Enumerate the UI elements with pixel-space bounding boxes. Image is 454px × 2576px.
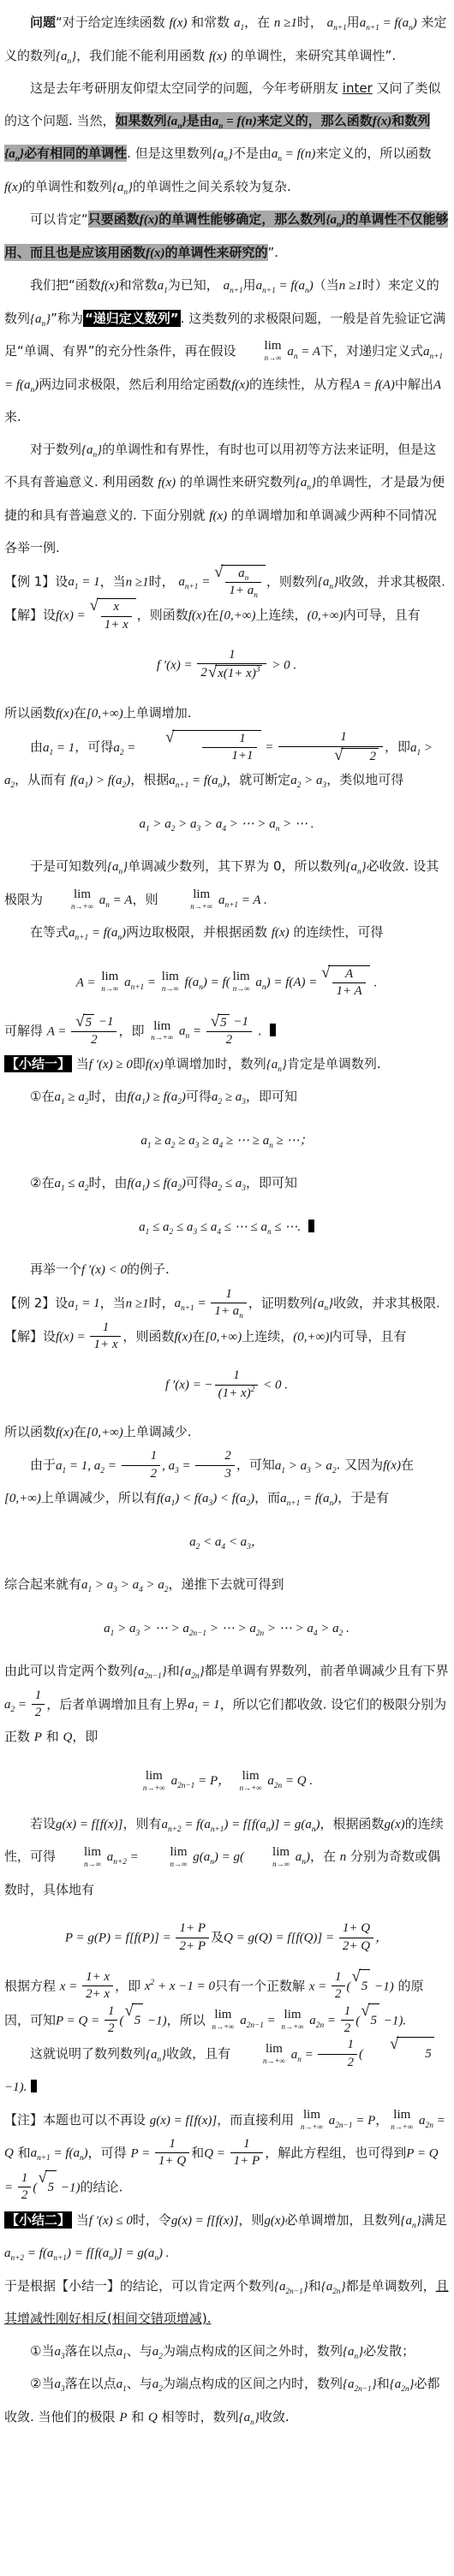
text-run: 必发散； (363, 2343, 415, 2359)
math-run: an = f(n) (212, 115, 257, 128)
text-run: “递归定义数列” (85, 311, 179, 326)
math-run: 1 (103, 1321, 110, 1334)
paragraph: 在等式an+1 = f(an)两边取极限，并根据函数 f(x) 的连续性，可得 (4, 917, 449, 950)
limit-expression: limn→+∞ (212, 2009, 234, 2031)
math-run: (1+ x)2 (218, 1386, 255, 1400)
math-run: f ′(x) = (157, 658, 195, 672)
math-run: x(1+ x)3 (218, 667, 260, 680)
limit-subscript: n→+∞ (391, 2123, 413, 2131)
sqrt-expression: √2 (308, 748, 379, 764)
math-run: a3 (54, 2377, 64, 2391)
text-run: 可解得 (4, 1023, 47, 1038)
paragraph: 这就说明了数列数列{an}收敛，且有 limn→+∞ an = 12(√5 −1… (4, 2037, 449, 2104)
text-run: ，可知 (236, 1457, 275, 1473)
limit-expression: limn→+∞ (282, 2009, 304, 2031)
math-run: a1 ≥ a2 (54, 1090, 88, 1104)
text-run: inter (343, 80, 373, 96)
display-formula: P = g(P) = f[f(P)] = 1+ P2+ P及Q = g(Q) =… (4, 1918, 449, 1957)
text-run: ，则函数 (137, 608, 188, 623)
math-run: 5 (48, 2181, 55, 2194)
text-run: 当 (72, 1056, 89, 1071)
text-run: 时， (149, 1295, 175, 1310)
text-run: 可得 (186, 1089, 212, 1104)
text-run: 的结论. (81, 2179, 123, 2194)
math-run: a2 = (113, 741, 139, 755)
text-run: 相等时，数列 (158, 2409, 239, 2425)
fraction-denominator: 3 (195, 1465, 235, 1481)
limit-word: lim (144, 1846, 187, 1860)
math-run: 1 (340, 730, 347, 744)
text-run: ①在 (30, 1089, 54, 1104)
math-run: an+1 = (175, 1297, 210, 1310)
fraction-denominator: 2 (122, 1465, 161, 1481)
math-run: a2 < a4 < a3， (189, 1535, 264, 1549)
text-run: . 又因为 (337, 1457, 384, 1473)
paragraph: 所以函数f(x)在[0,+∞)上单调减少. (4, 1416, 449, 1450)
math-run: {an} (112, 181, 133, 194)
limit-subscript: n→+∞ (151, 1034, 173, 1042)
text-run: ”称为 (51, 311, 83, 326)
text-run: 来. (4, 409, 21, 424)
math-run: {an} (401, 2214, 421, 2228)
math-run: . (371, 976, 378, 989)
text-run: ，解此方程组，也可得到 (265, 2145, 406, 2160)
text-run: 由于 (30, 1457, 56, 1473)
math-run: f ′(x) = − (165, 1379, 213, 1392)
math-run: {a2n−1} (274, 2280, 308, 2294)
radical-sign: √ (140, 730, 174, 746)
math-run: A = (47, 1024, 70, 1038)
limit-word: lim (48, 888, 91, 902)
math-run: −1). (380, 2014, 406, 2027)
math-run: f(x) (209, 509, 227, 523)
math-run: {an} (4, 147, 24, 161)
text-run: 来定义的，所以函数 (315, 145, 431, 161)
text-run: 落在以点 (65, 2376, 116, 2391)
math-run: x2 + x −1 = 0 (145, 1979, 215, 1993)
math-run: a3 (54, 2345, 64, 2359)
math-run: {a2n} (321, 2280, 346, 2294)
text-run: 上单调减少，所以有 (41, 1490, 157, 1505)
text-run: 下，对递归定义式 (320, 343, 423, 359)
text-run: 、与 (127, 2376, 152, 2391)
math-run: A (345, 967, 353, 981)
fraction: 12 (105, 2004, 118, 2037)
text-run: ，则数列 (266, 573, 318, 589)
fraction: √5 −12 (206, 1014, 252, 1048)
math-run: ( (355, 2014, 360, 2027)
math-run: a1 = 1 (188, 1698, 219, 1712)
fraction-numerator: 1 (122, 1449, 161, 1464)
math-run: an+1 = f(an) (360, 16, 417, 30)
text-run: 在 (401, 1457, 414, 1473)
fraction-numerator: 1 (341, 2004, 355, 2020)
radicand: 5 (45, 2170, 57, 2205)
text-run: ，则 (132, 892, 162, 907)
qed-marker (308, 1220, 314, 1232)
math-run: g(x) (385, 1818, 405, 1831)
math-run: a1 > a3 > a4 > a2 (81, 1578, 169, 1592)
math-run: −1) (144, 2014, 166, 2027)
display-formula: a1 > a2 > a3 > a4 > ⋯ > an > ⋯ . (4, 810, 449, 840)
text-run: 为已知， (168, 277, 224, 293)
limit-word: lim (284, 2009, 302, 2022)
limit-word: lim (162, 970, 179, 984)
limit-subscript: n→+∞ (240, 1784, 262, 1792)
math-run: g(x) = f[f(x)] (171, 2214, 238, 2228)
text-run: 可得 (186, 1175, 212, 1190)
math-run: 2+ P (179, 1939, 206, 1953)
math-run: 2 (200, 667, 207, 680)
fraction-denominator: 2 (318, 2054, 357, 2070)
math-run: 5 (86, 1016, 93, 1030)
fraction-numerator: √5 −1 (206, 1014, 252, 1031)
fraction: 12 (332, 1970, 345, 2003)
math-run: {an} (107, 860, 128, 874)
text-run: ②在 (30, 1175, 54, 1190)
math-run: a1 > a3 > a2 (275, 1459, 337, 1473)
paragraph: 由a1 = 1，可得a2 = √11+1 = 1√2，即a1 > a2，从而有 … (4, 730, 449, 797)
text-run: ，而直接利用 (217, 2112, 298, 2128)
math-run: = (262, 741, 278, 755)
text-run: 【例 1】设 (4, 573, 68, 589)
text-run: 的连续性，从方程 (249, 377, 352, 392)
paragraph: 【解】设f(x) = √x1+ x，则函数f(x)在[0,+∞)上连续，(0,+… (4, 598, 449, 632)
math-run: f(x) = (56, 1330, 88, 1344)
radicand: 5 (368, 2003, 380, 2038)
math-run: , a3 = (162, 1459, 194, 1473)
math-run: an+1 = (121, 976, 158, 989)
math-run: Q = (204, 2146, 228, 2160)
fraction-numerator: 1 (230, 2137, 264, 2152)
math-run: {a2n−1} (343, 2377, 377, 2391)
text-run: ，而 (254, 1490, 280, 1505)
fraction-numerator: 1 (318, 2038, 357, 2053)
text-run: 的连续性，可得 (290, 924, 384, 940)
text-run: ，递推下去就可得到 (169, 1576, 284, 1592)
text-run: 必有相同的单调性 (24, 145, 127, 161)
text-run: 所以函数 (4, 1424, 56, 1439)
limit-word: lim (242, 1770, 260, 1784)
math-run: 1+ P (179, 1921, 206, 1935)
math-run: an+1 (224, 279, 243, 293)
fraction-denominator: 2+ x (82, 1985, 113, 2002)
qed-marker (270, 1024, 276, 1036)
math-run: 2 (21, 2188, 28, 2202)
text-run: 内可导，且有 (343, 608, 421, 623)
text-run: 和 (127, 2409, 148, 2425)
limit-subscript: n→∞ (58, 1861, 101, 1868)
math-run: P (34, 1730, 42, 1744)
math-run: 2 (91, 1033, 98, 1047)
math-run: 2 (226, 1033, 233, 1047)
text-run: 可以肯定“ (30, 211, 88, 227)
text-run: ，就可断定 (226, 772, 290, 787)
text-run: 【小结二】 (6, 2212, 70, 2228)
paragraph: 【小结一】 当f ′(x) ≥ 0即f(x)单调增加时，数列{an}肯定是单调数… (4, 1048, 449, 1082)
fraction-denominator: 1+ A (332, 982, 365, 999)
text-run: （当 (314, 277, 339, 293)
fraction-denominator: 2 (206, 1031, 252, 1048)
text-run: 上单调增加. (123, 705, 192, 721)
text-run: 两边同求极限，然后利用给定函数 (39, 377, 231, 392)
limit-word: lim (167, 888, 210, 902)
text-run: 在 (74, 1424, 87, 1439)
text-run: . 但是这里数列 (127, 145, 212, 161)
text-run: ，当 (100, 573, 126, 589)
math-run: < 0 . (260, 1379, 288, 1392)
limit-expression: limn→∞ (101, 970, 118, 993)
fraction-denominator: 1+1 (202, 747, 256, 763)
paragraph: 可以肯定“只要函数f(x)的单调性能够确定，那么数列{an}的单调性不仅能够用、… (4, 204, 449, 270)
math-run: 1+ x (93, 1338, 117, 1351)
text-run: ，类似地可得 (326, 772, 403, 787)
text-run: ，可得 (88, 2145, 131, 2160)
display-formula: f ′(x) = 12√x(1+ x)3 > 0 . (4, 644, 449, 686)
radical-sign: √ (308, 748, 343, 764)
text-run: ，则函数 (122, 1328, 174, 1344)
math-run: an = (176, 1024, 205, 1038)
math-run: [0,+∞) (205, 1330, 242, 1344)
text-run: 我们把“函数 (30, 277, 101, 293)
math-run: f(a1) < f(a3) < f(a2) (157, 1492, 254, 1505)
math-run: f(x) (209, 50, 227, 63)
sqrt-expression: √5 (38, 2170, 57, 2205)
limit-word: lim (101, 970, 118, 984)
math-run: (0,+∞) (308, 609, 343, 623)
radicand: 5 (132, 2003, 144, 2038)
fraction-denominator: 2 (71, 1031, 116, 1048)
display-formula: a1 ≥ a2 ≥ a3 ≥ a4 ≥ ⋯ ≥ an ≥ ⋯； (4, 1126, 449, 1156)
math-run: 2 (347, 2056, 354, 2069)
math-run: ， (375, 1932, 388, 1945)
text-run: ，在 (244, 15, 274, 30)
math-run: 2+ Q (343, 1939, 370, 1953)
text-run: ，即 (115, 1978, 145, 1993)
math-run: an+2 = f(an+1) = f[f(an)] = g(an) . (4, 2247, 170, 2260)
math-run: a1 ≤ a2 (54, 1177, 88, 1190)
limit-subscript: n→∞ (247, 1861, 290, 1868)
radicand: 5 (83, 1014, 95, 1030)
sqrt-expression: √5 (211, 1014, 230, 1030)
text-run: 肯定是单调数列. (287, 1056, 381, 1071)
fraction: 23 (195, 1449, 235, 1481)
math-run: 2 (335, 1987, 342, 2001)
display-formula: limn→+∞ a2n−1 = P， limn→+∞ a2n = Q . (4, 1766, 449, 1796)
math-run: a2 (152, 2377, 163, 2391)
fraction: 12√x(1+ x)3 (197, 648, 266, 682)
math-run: f ′(x) ≥ 0 (89, 1058, 133, 1071)
math-run: 5 (425, 2047, 432, 2061)
math-run: {an} (81, 443, 102, 457)
text-run: 对于数列 (30, 442, 81, 457)
fraction: an1+ an (225, 567, 261, 599)
math-run: P = Q = (56, 2014, 103, 2027)
text-run: 的单调性来研究的 (165, 245, 268, 260)
fraction-numerator: 2 (195, 1449, 235, 1464)
math-run: 1 (243, 2137, 250, 2151)
text-run: 在 (206, 608, 219, 623)
fraction-denominator: (1+ x)2 (215, 1385, 259, 1401)
text-run: ，则 (238, 2212, 264, 2228)
fraction-numerator: x (101, 600, 132, 615)
math-run: f(x) (383, 1459, 401, 1473)
text-run: ，后者单调增加且有上界 (46, 1696, 188, 1712)
display-formula: a1 > a3 > ⋯ > a2n−1 > ⋯ > a2n > ⋯ > a4 >… (4, 1614, 449, 1644)
text-run: 的单调性和数列 (22, 179, 112, 194)
limit-expression: limn→∞ (58, 1846, 101, 1868)
paragraph: 所以函数f(x)在[0,+∞)上单调增加. (4, 697, 449, 731)
fraction: 12 (18, 2171, 32, 2204)
radicand: A1+ A (328, 965, 369, 1000)
fraction: 11+ Q (155, 2137, 189, 2169)
text-run: 所以函数 (4, 705, 56, 721)
text-run: ，即 (72, 1729, 98, 1744)
math-run: f(x) (175, 1330, 193, 1344)
text-run: 单调减少数列，其下界为 0，所以数列 (128, 858, 345, 874)
text-run: 【注】本题也可以不再设 (4, 2112, 150, 2128)
math-run: f(a1) ≤ f(a2) (128, 1177, 186, 1190)
math-run: an+1 = f(an) (169, 774, 226, 787)
math-run: {an} (266, 1058, 287, 1071)
math-run: 1 (169, 2137, 176, 2151)
fraction-denominator: 1+ x (90, 1336, 121, 1352)
math-run: an+1 = f(an) (69, 926, 126, 940)
math-run: a2 ≥ a3 (212, 1090, 246, 1104)
fraction-denominator: 2+ P (176, 1938, 209, 1954)
math-run: n ≥1 (126, 1297, 149, 1310)
math-run: an) = f(A) = (253, 976, 320, 989)
math-run: a1 (116, 2345, 127, 2359)
math-run: f(x) (146, 246, 165, 260)
limit-word: lim (239, 340, 282, 353)
math-run: {an} (239, 2411, 260, 2425)
math-run: f(x) (272, 926, 290, 940)
math-run: a1 > a2 > a3 > a4 > ⋯ > an > ⋯ . (139, 817, 314, 831)
text-run: 及 (211, 1930, 224, 1945)
fraction: 1+ Q2+ Q (339, 1921, 373, 1954)
fraction-numerator: 1+ x (82, 1970, 113, 1985)
math-run: {an} (296, 476, 316, 490)
sqrt-expression: √x(1+ x)3 (208, 665, 263, 681)
text-run: 即 (133, 1056, 146, 1071)
limit-expression: limn→+∞ (237, 2043, 285, 2065)
text-run: 用 (243, 277, 256, 293)
paragraph: 由于a1 = 1, a2 = 12, a3 = 23，可知a1 > a3 > a… (4, 1449, 449, 1515)
limit-expression: limn→+∞ (301, 2109, 323, 2131)
limit-word: lim (303, 2109, 320, 2122)
text-run: 和 (167, 1663, 180, 1678)
text-run: 时，令 (133, 2212, 171, 2228)
text-run: 的单调性来研究数列 (176, 474, 296, 490)
text-run: 收敛. (260, 2409, 290, 2425)
sqrt-expression: √5 (352, 1969, 371, 2003)
math-run: {a2n} (180, 1665, 205, 1678)
math-run: 1 (21, 2171, 28, 2185)
math-run: ( (119, 2014, 123, 2027)
math-run: [0,+∞) (87, 1426, 123, 1439)
math-run: an+2 = f(an+1) = f[f(an)] = g(an) (161, 1818, 320, 1831)
text-run: 时， (149, 573, 179, 589)
fraction-numerator: 1+ P (176, 1921, 209, 1937)
sqrt-expression: √5 (364, 2037, 434, 2071)
math-run: 1 (151, 1449, 158, 1463)
display-formula: f ′(x) = −1(1+ x)2 < 0 . (4, 1365, 449, 1404)
limit-word: lim (393, 2109, 410, 2122)
fraction: x1+ x (101, 600, 132, 632)
fraction: 11+ x (90, 1321, 121, 1353)
math-run: a2 (152, 2345, 163, 2359)
math-run: f(a1) > f(a2) (70, 774, 130, 787)
text-run: 上连续， (256, 608, 308, 623)
math-run: {an} (56, 50, 76, 63)
text-run: 若设 (30, 1816, 56, 1831)
math-run: a1 ≤ a2 ≤ a3 ≤ a4 ≤ ⋯ ≤ an ≤ ⋯. (139, 1220, 304, 1234)
limit-word: lim (153, 1020, 170, 1034)
text-run: . (254, 1023, 266, 1038)
math-run: an+1 = f(an) (256, 279, 314, 293)
fraction: 1+ P2+ P (176, 1921, 209, 1954)
math-run: 1 (344, 2004, 351, 2018)
qed-marker (31, 2080, 37, 2092)
math-run: 2 (369, 750, 376, 763)
document-content: 问题“对于给定连续函数 f(x) 和常数 a1，在 n ≥1时， an+1用an… (4, 7, 449, 2434)
paragraph: 于是根据【小结一】的结论，可以肯定两个数列{a2n−1}和{a2n}都是单调数列… (4, 2270, 449, 2336)
text-run: 综合起来就有 (4, 1576, 81, 1592)
text-run: ，当 (100, 1295, 126, 1310)
text-run: 和数列 (391, 113, 430, 128)
text-run: 根据方程 (4, 1978, 60, 1993)
math-run: n ≥1 (274, 16, 297, 30)
math-run: a1 (158, 279, 168, 293)
math-run: {an} (346, 860, 367, 874)
math-run: a2n−1 = P， (168, 1774, 237, 1788)
math-run: 1+ Q (343, 1921, 370, 1935)
math-run: a1 = 1, a2 = (56, 1459, 120, 1473)
text-run: 和 (42, 1729, 63, 1744)
math-run: an+1 (327, 16, 347, 30)
fraction-denominator: 2 (32, 1704, 45, 1720)
limit-word: lim (233, 970, 250, 984)
text-run: ，即可知 (246, 1089, 297, 1104)
math-run: f(x) (56, 707, 74, 721)
paragraph: 若设g(x) = f[f(x)]，则有an+2 = f(an+1) = f[f(… (4, 1808, 449, 1907)
sqrt-expression: √x1+ x (89, 598, 135, 632)
radicand: 2 (341, 748, 379, 764)
math-run: f(x) (101, 279, 119, 293)
display-formula: a1 ≤ a2 ≤ a3 ≤ a4 ≤ ⋯ ≤ an ≤ ⋯. (4, 1213, 449, 1243)
fraction: 11+ P (230, 2137, 264, 2169)
math-run: ( (359, 2048, 363, 2062)
math-run: [0,+∞) (4, 1492, 41, 1505)
fraction-denominator: 2 (18, 2187, 32, 2203)
fraction-numerator: 1 (90, 1321, 121, 1336)
text-run: 时，由 (89, 1089, 128, 1104)
paragraph: ①在a1 ≥ a2时，由f(a1) ≥ f(a2)可得a2 ≥ a3，即可知 (4, 1081, 449, 1114)
text-run: 如果数列 (116, 113, 167, 128)
radicand: 11+1 (172, 730, 260, 764)
radicand: 5 (397, 2037, 434, 2071)
math-run: f(x) (158, 476, 176, 490)
radicand: x1+ x (97, 598, 136, 632)
sqrt-expression: √5 (75, 1014, 94, 1030)
black-label: 【小结一】 (4, 1055, 72, 1072)
math-run: {an} (30, 312, 51, 326)
text-run: ，即 (118, 1023, 148, 1038)
sqrt-expression: √11+1 (140, 730, 260, 764)
text-run: 在 (192, 1328, 205, 1344)
math-run: an+2 = (104, 1850, 141, 1864)
